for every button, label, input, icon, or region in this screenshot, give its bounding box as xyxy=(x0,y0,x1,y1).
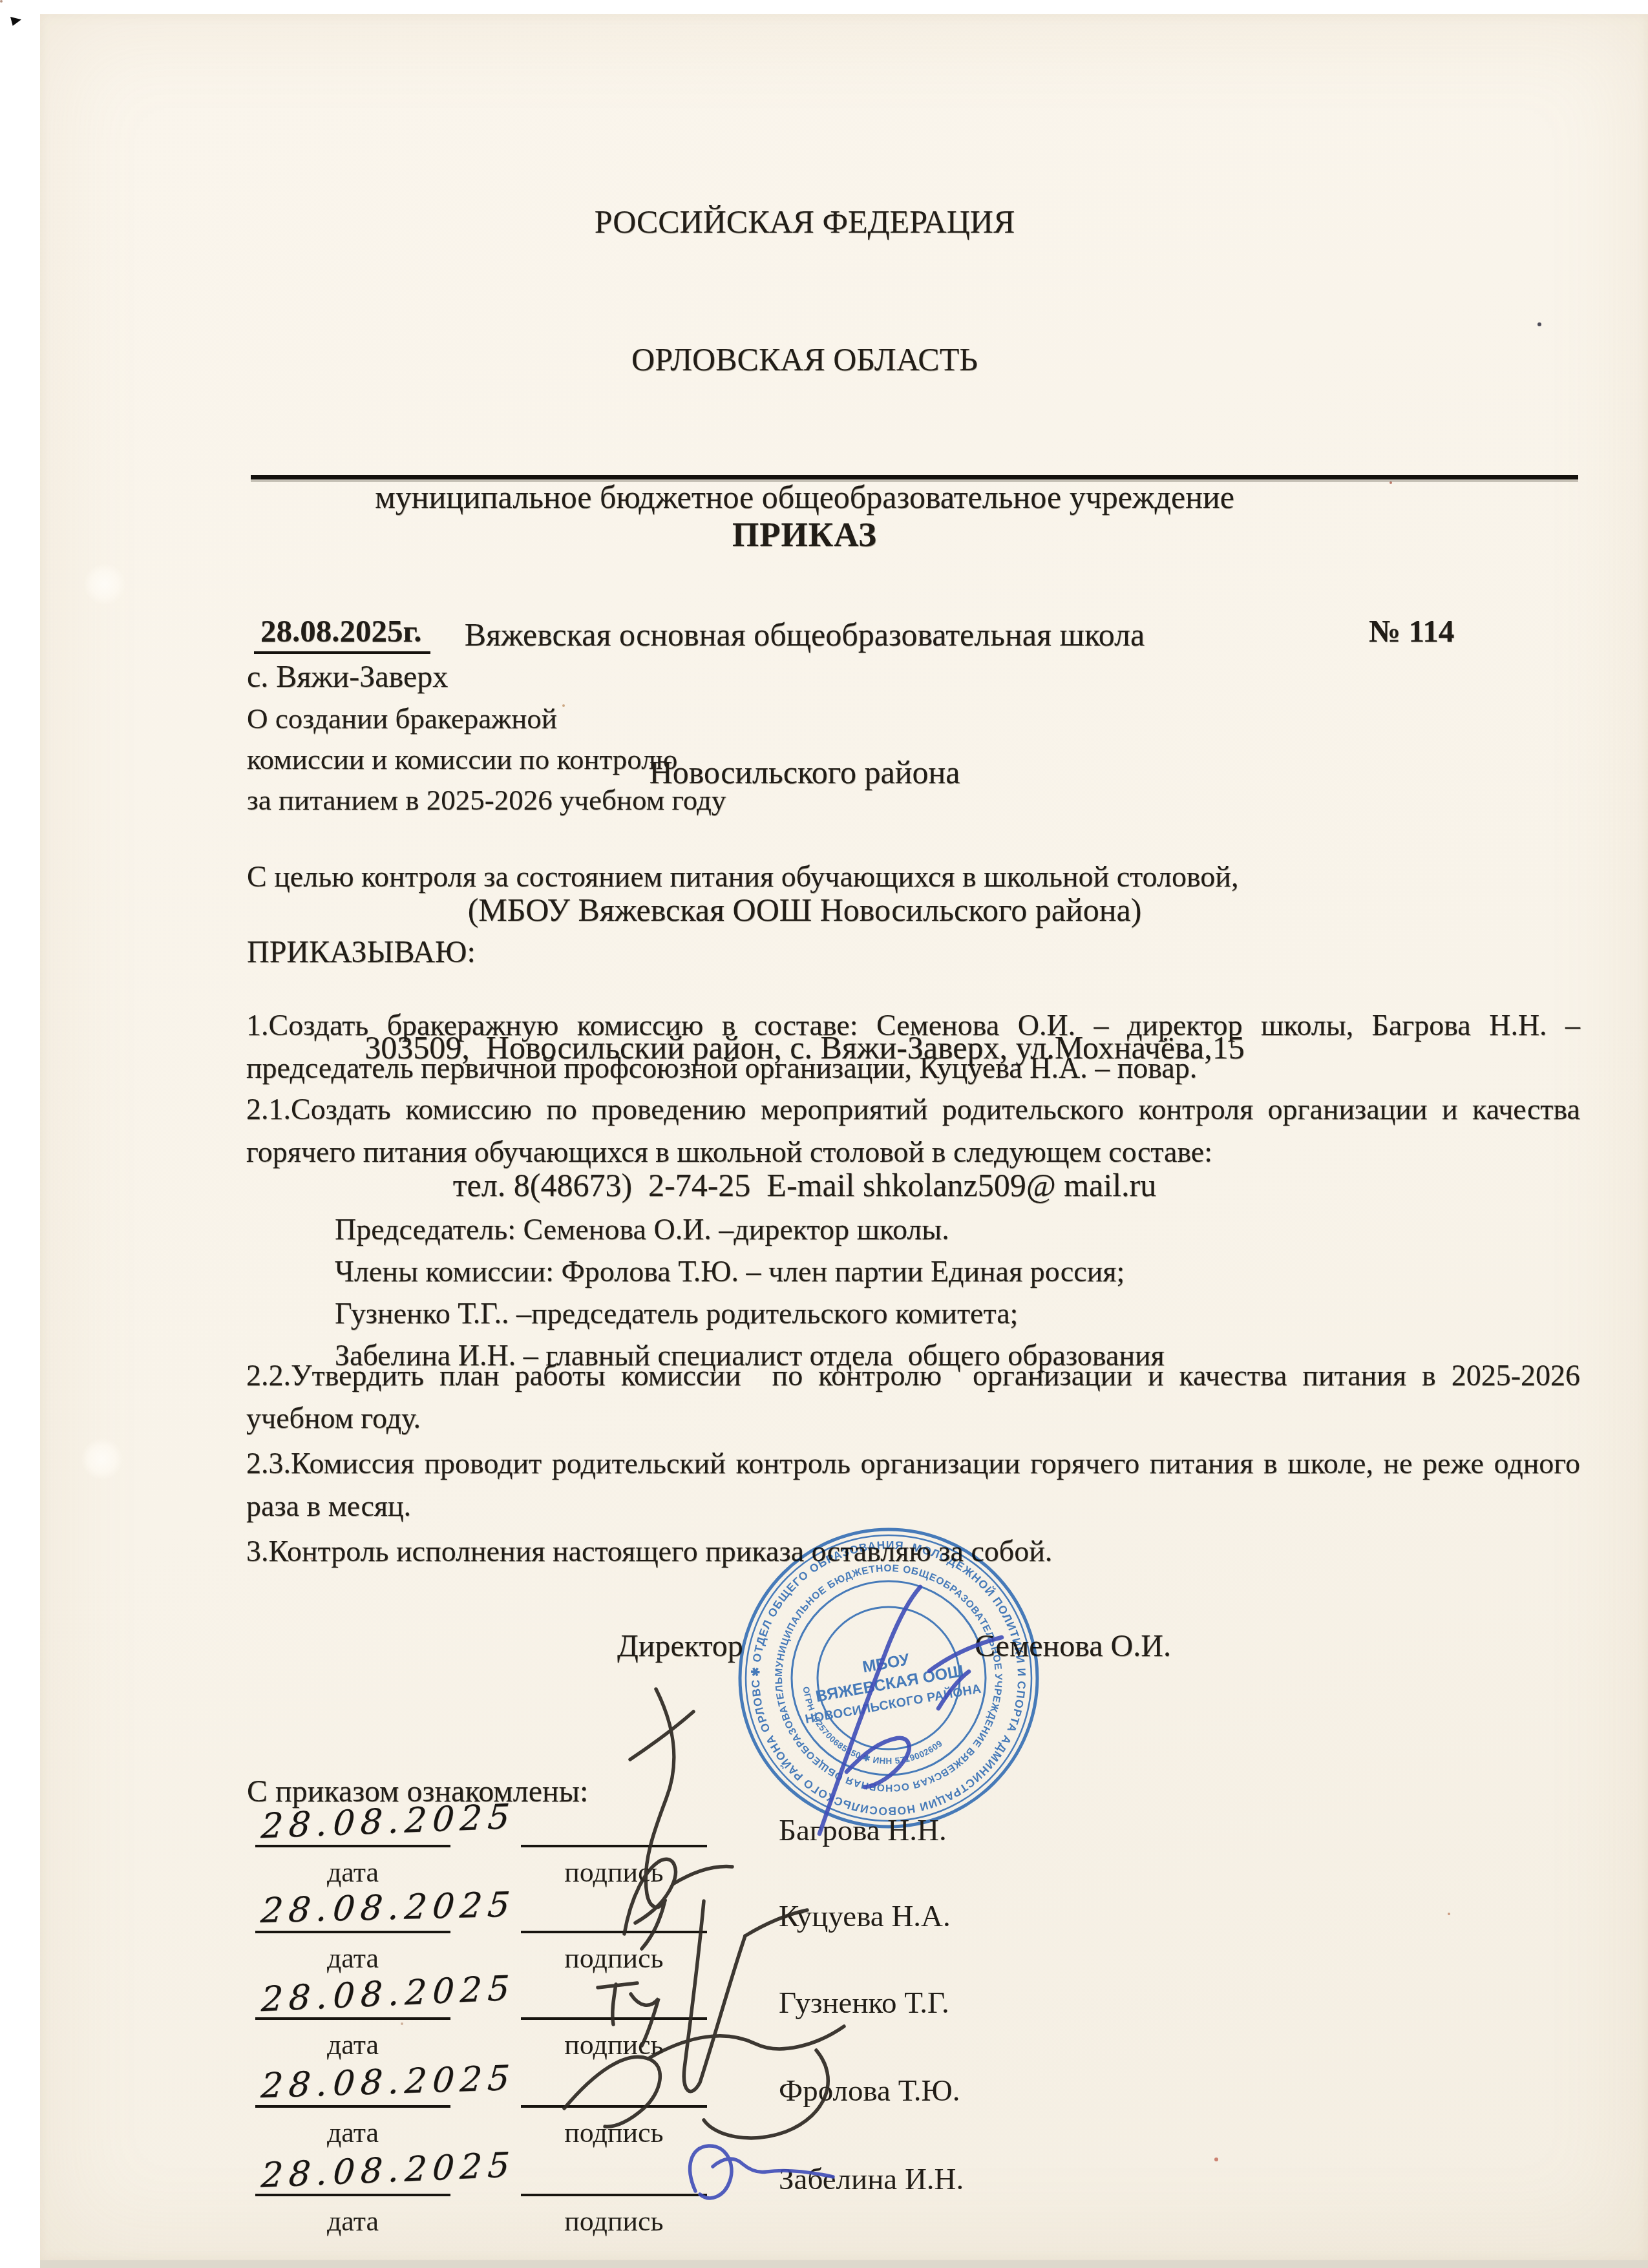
order-date: 28.08.2025г. xyxy=(254,613,430,654)
signature-underline xyxy=(521,1845,707,1847)
order-subject-line: О создании бракеражной xyxy=(247,702,557,735)
date-label: дата xyxy=(255,1942,450,1975)
committee-chair: Председатель: Семенова О.И. –директор шк… xyxy=(335,1212,949,1246)
handwritten-date: 28.08.2025 xyxy=(260,1799,469,1846)
acknowledger-name: Гузненко Т.Г. xyxy=(779,1986,949,2021)
handwritten-date: 28.08.2025 xyxy=(259,1886,470,1931)
order-subject-line: комиссии и комиссии по контролю xyxy=(247,742,677,776)
date-underline xyxy=(255,2105,450,2108)
punch-hole xyxy=(81,1438,123,1480)
order-number: № 114 xyxy=(1369,613,1454,649)
signature-label: подпись xyxy=(521,2028,707,2061)
paragraph-2-1: 2.1.Создать комиссию по проведению мероп… xyxy=(246,1088,1580,1173)
decree-word: ПРИКАЗЫВАЮ: xyxy=(247,934,476,970)
date-label: дата xyxy=(255,2116,450,2149)
scan-edge-strip xyxy=(40,2260,1648,2268)
committee-member: Гузненко Т.Г.. –председатель родительско… xyxy=(335,1296,1018,1330)
acknowledger-name: Фролова Т.Ю. xyxy=(779,2074,960,2108)
paragraph-1: 1.Создать бракеражную комиссию в составе… xyxy=(246,1004,1580,1089)
paragraph-2-3: 2.3.Комиссия проводит родительский контр… xyxy=(246,1442,1580,1528)
date-underline xyxy=(255,2194,450,2196)
order-preamble: С целью контроля за состоянием питания о… xyxy=(247,859,1239,894)
director-position-label: Директор xyxy=(617,1628,743,1664)
date-label: дата xyxy=(255,1856,450,1889)
signature-underline xyxy=(521,2017,707,2020)
signature-label: подпись xyxy=(521,1942,707,1975)
signature-label: подпись xyxy=(521,2205,707,2238)
acknowledger-name: Забелина И.Н. xyxy=(779,2162,964,2197)
acknowledger-name: Багрова Н.Н. xyxy=(779,1813,947,1848)
document-title: ПРИКАЗ xyxy=(107,516,1503,554)
handwritten-date: 28.08.2025 xyxy=(260,2060,469,2106)
date-underline xyxy=(255,2017,450,2020)
letterhead-divider xyxy=(251,475,1578,479)
signature-underline xyxy=(521,1931,707,1933)
acknowledger-name: Куцуева Н.А. xyxy=(779,1899,951,1934)
signature-label: подпись xyxy=(521,1856,707,1889)
order-place: с. Вяжи-Заверх xyxy=(247,659,448,695)
letterhead-line-country: РОССИЙСКАЯ ФЕДЕРАЦИЯ xyxy=(107,199,1503,245)
signature-underline xyxy=(521,2194,707,2196)
letterhead-line-short-name: (МБОУ Вяжевская ООШ Новосильского района… xyxy=(107,887,1503,933)
signature-underline xyxy=(521,2105,707,2108)
committee-member: Члены комиссии: Фролова Т.Ю. – член парт… xyxy=(335,1254,1125,1288)
letterhead-line-region: ОРЛОВСКАЯ ОБЛАСТЬ xyxy=(107,337,1503,383)
date-underline xyxy=(255,1931,450,1933)
letterhead-line-org-type: муниципальное бюджетное общеобразователь… xyxy=(107,474,1503,520)
order-subject-line: за питанием в 2025-2026 учебном году xyxy=(247,783,726,817)
date-underline xyxy=(255,1845,450,1847)
paragraph-2-2: 2.2.Утвердить план работы комиссии по ко… xyxy=(246,1354,1580,1440)
school-round-stamp: ✱ ОТДЕЛ ОБЩЕГО ОБРАЗОВАНИЯ, МОЛОДЕЖНОЙ П… xyxy=(735,1525,1042,1831)
scan-corner-artifact xyxy=(10,17,21,26)
signature-label: подпись xyxy=(521,2116,707,2149)
date-label: дата xyxy=(255,2028,450,2061)
paper-speckles xyxy=(0,0,3,3)
scanned-order-document: РОССИЙСКАЯ ФЕДЕРАЦИЯ ОРЛОВСКАЯ ОБЛАСТЬ м… xyxy=(0,0,1648,2268)
date-label: дата xyxy=(255,2205,450,2238)
